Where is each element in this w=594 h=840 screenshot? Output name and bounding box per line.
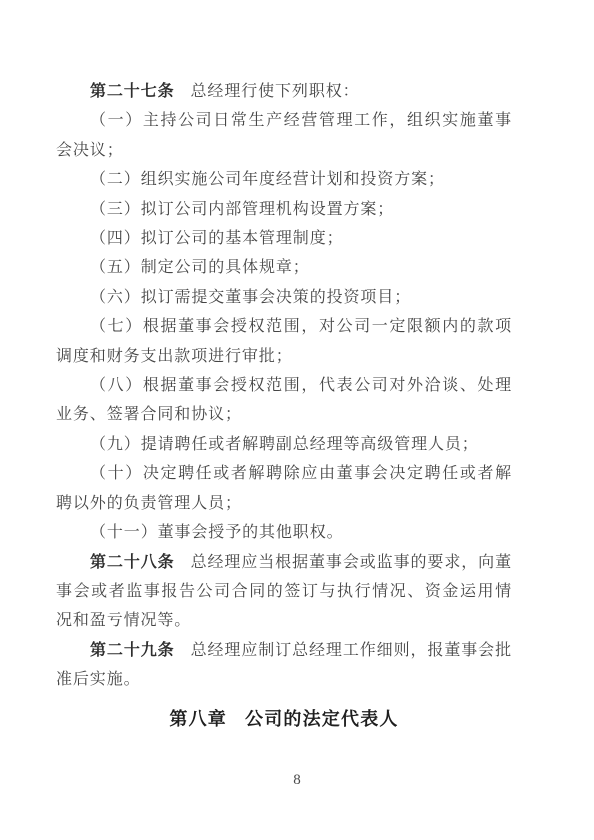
- article-27-term: 第二十七条: [90, 83, 175, 100]
- chapter-8-heading: 第八章公司的法定代表人: [56, 705, 512, 734]
- article-27-item-1: （一）主持公司日常生产经营管理工作，组织实施董事会决议；: [56, 106, 512, 165]
- article-27-text: 总经理行使下列职权：: [191, 83, 360, 100]
- article-27-item-8: （八）根据董事会授权范围，代表公司对外洽谈、处理业务、签署合同和协议；: [56, 371, 512, 430]
- document-body: 第二十七条总经理行使下列职权： （一）主持公司日常生产经营管理工作，组织实施董事…: [56, 77, 512, 734]
- article-27-item-2: （二）组织实施公司年度经营计划和投资方案；: [56, 165, 512, 194]
- article-27-item-6: （六）拟订需提交董事会决策的投资项目；: [56, 283, 512, 312]
- article-28-term: 第二十八条: [90, 554, 175, 571]
- article-27-item-9: （九）提请聘任或者解聘副总经理等高级管理人员；: [56, 430, 512, 459]
- article-27-item-3: （三）拟订公司内部管理机构设置方案；: [56, 195, 512, 224]
- article-27-item-11: （十一）董事会授予的其他职权。: [56, 518, 512, 547]
- article-29-term: 第二十九条: [90, 642, 175, 659]
- chapter-8-number: 第八章: [169, 709, 227, 729]
- article-28: 第二十八条总经理应当根据董事会或监事的要求，向董事会或者监事报告公司合同的签订与…: [56, 548, 512, 636]
- article-27: 第二十七条总经理行使下列职权：: [56, 77, 512, 106]
- article-29: 第二十九条总经理应制订总经理工作细则，报董事会批准后实施。: [56, 636, 512, 695]
- article-27-item-5: （五）制定公司的具体规章；: [56, 253, 512, 282]
- page-number: 8: [0, 772, 594, 789]
- article-27-item-4: （四）拟订公司的基本管理制度；: [56, 224, 512, 253]
- article-27-item-10: （十）决定聘任或者解聘除应由董事会决定聘任或者解聘以外的负责管理人员；: [56, 459, 512, 518]
- article-27-item-7: （七）根据董事会授权范围，对公司一定限额内的款项调度和财务支出款项进行审批；: [56, 312, 512, 371]
- document-page: 第二十七条总经理行使下列职权： （一）主持公司日常生产经营管理工作，组织实施董事…: [0, 0, 594, 840]
- chapter-8-title: 公司的法定代表人: [245, 709, 399, 729]
